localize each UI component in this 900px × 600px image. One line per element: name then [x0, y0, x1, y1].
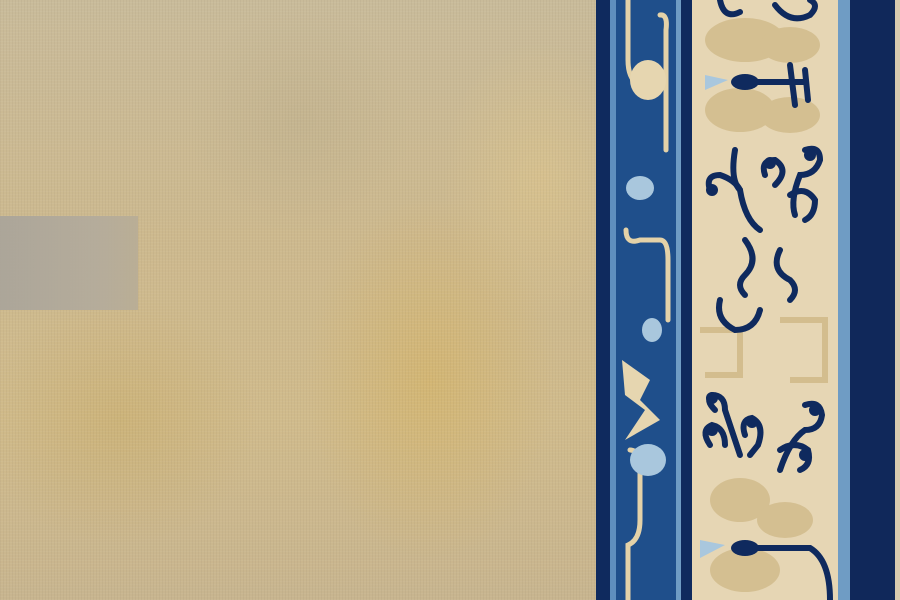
rug-border — [0, 0, 900, 600]
rug-photograph — [0, 0, 900, 600]
